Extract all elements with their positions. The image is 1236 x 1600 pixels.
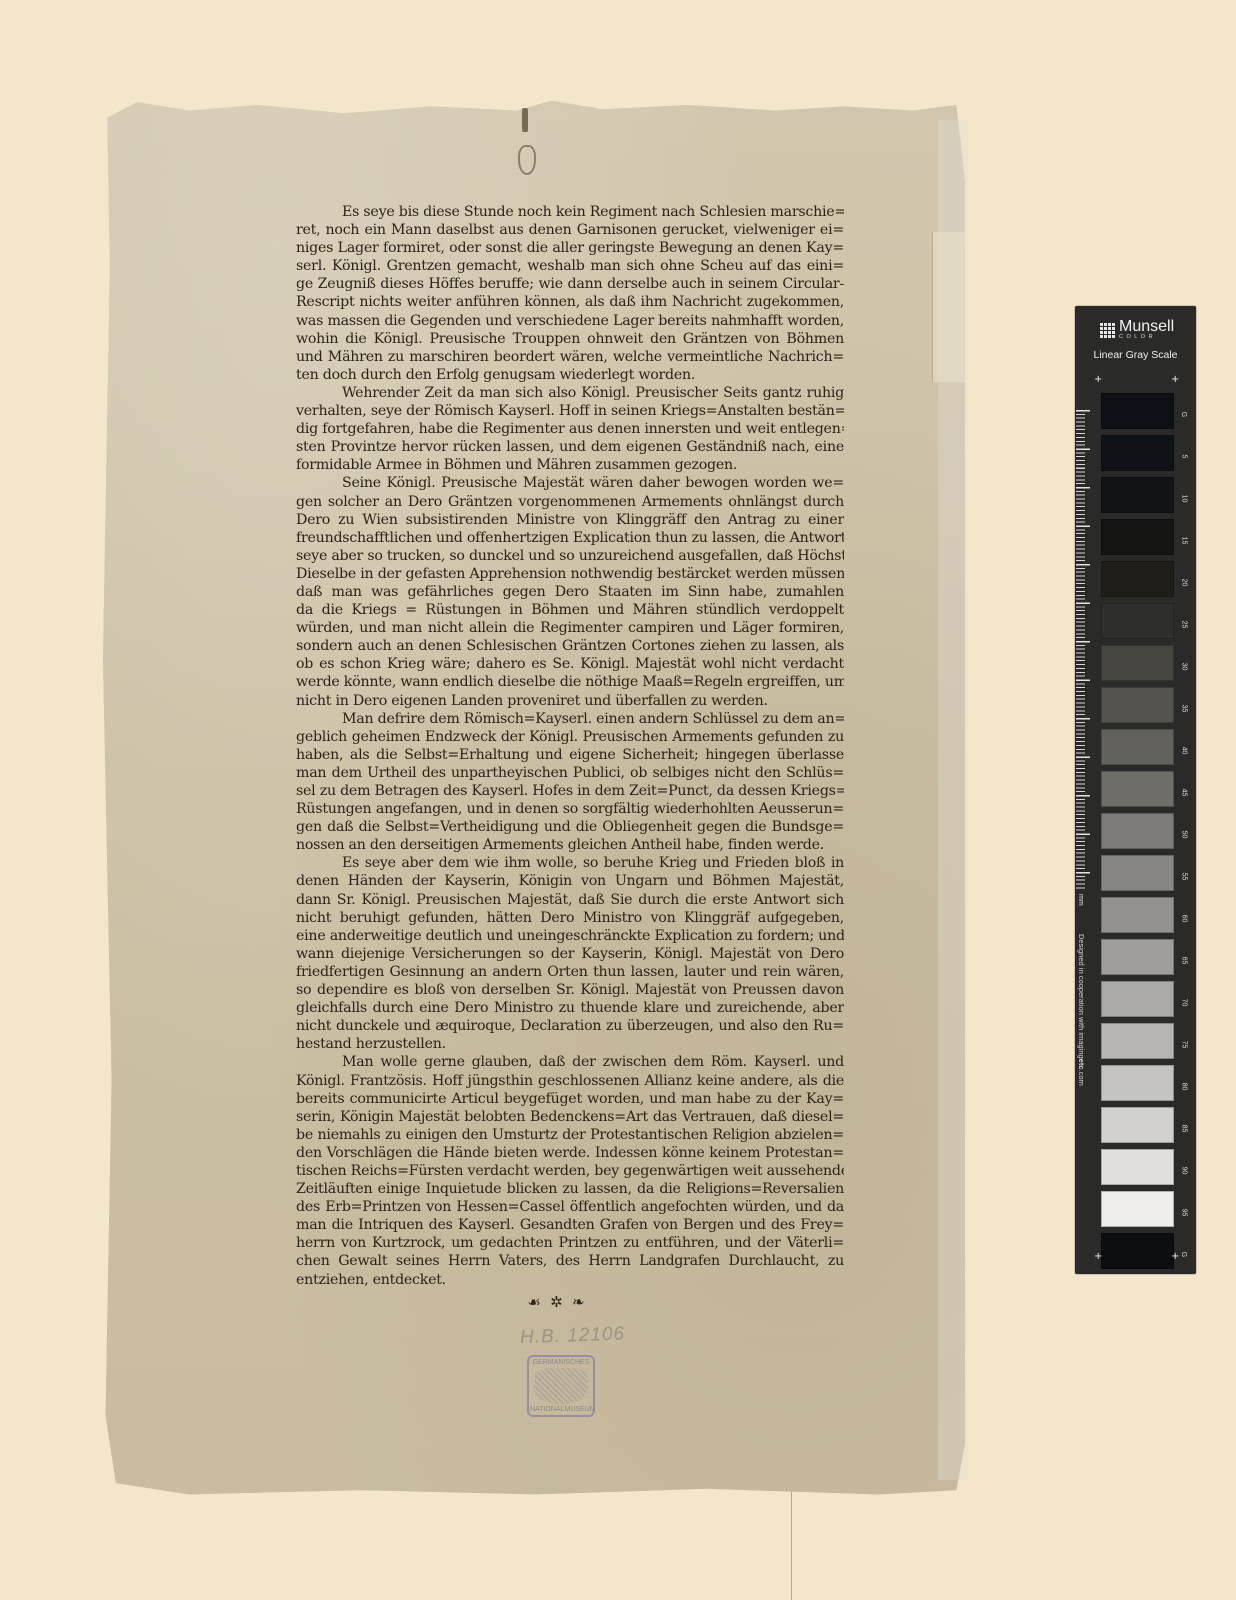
- gray-patch: [1101, 435, 1174, 471]
- text-line: Man defrire dem Römisch=Kayserl. einen a…: [296, 710, 844, 728]
- card-title: Linear Gray Scale: [1075, 349, 1196, 361]
- gray-patch: [1101, 729, 1174, 765]
- text-line: friedfertigen Gesinnung an andern Orten …: [296, 963, 844, 981]
- shelfmark-handwritten: H.B. 12106: [520, 1323, 641, 1349]
- text-line: denen Händen der Kayserin, Königin von U…: [296, 872, 844, 890]
- printer-vignette-ornament: ☙ ✲ ❧: [512, 1293, 602, 1311]
- registration-mark-icon: +: [1094, 1252, 1102, 1262]
- gray-patch-label: 20: [1177, 561, 1191, 603]
- gray-patch-label: 90: [1177, 1149, 1191, 1191]
- gray-patch: [1101, 519, 1174, 555]
- text-line: man die Intriquen des Kayserl. Gesandten…: [296, 1216, 844, 1234]
- text-line: des Erb=Printzen von Hessen=Cassel öffen…: [296, 1198, 844, 1216]
- gray-patch: [1101, 981, 1174, 1017]
- text-line: den Vorschlägen die Hände bieten werde. …: [296, 1144, 844, 1162]
- mm-ruler-major-ticks: [1076, 410, 1090, 890]
- text-line: verhalten, seye der Römisch Kayserl. Hof…: [296, 402, 844, 420]
- gray-patch-label: 95: [1177, 1191, 1191, 1233]
- text-line: da die Kriegs = Rüstungen in Böhmen und …: [296, 601, 844, 619]
- gray-patch: [1101, 477, 1174, 513]
- text-line: nicht in Dero eigenen Landen proveniret …: [296, 692, 844, 710]
- text-line: serl. Königl. Grentzen gemacht, weshalb …: [296, 257, 844, 275]
- gray-patch: [1101, 855, 1174, 891]
- gray-patch-label: 10: [1177, 477, 1191, 519]
- text-line: eine anderweitige deutlich und uneingesc…: [296, 927, 844, 945]
- gray-patch-label: 70: [1177, 981, 1191, 1023]
- gray-patch-label: 35: [1177, 687, 1191, 729]
- stamp-bottom-text: NATIONALMUSEUM: [530, 1406, 592, 1413]
- text-line: tischen Reichs=Fürsten verdacht werden, …: [296, 1162, 844, 1180]
- gray-patch: [1101, 393, 1174, 429]
- text-line: Seine Königl. Preusische Majestät wären …: [296, 474, 844, 492]
- text-line: werde könnte, wann endlich dieselbe die …: [296, 673, 844, 691]
- gray-patch: [1101, 1149, 1174, 1185]
- paper-hole-mark: [518, 145, 536, 175]
- text-line: nossen an den derseitigen Armements glei…: [296, 836, 844, 854]
- text-line: Es seye bis diese Stunde noch kein Regim…: [296, 203, 844, 221]
- eagle-emblem-icon: [534, 1368, 588, 1404]
- text-line: sten Provintze hervor rücken lassen, und…: [296, 438, 844, 456]
- text-line: daß man was gefährliches gegen Dero Staa…: [296, 583, 844, 601]
- gray-patch: [1101, 813, 1174, 849]
- gray-patch: [1101, 1023, 1174, 1059]
- registration-mark-icon: +: [1094, 375, 1102, 385]
- gray-patch-label: 55: [1177, 855, 1191, 897]
- text-line: dann Sr. Königl. Preusischen Majestät, d…: [296, 891, 844, 909]
- library-stamp: GERMANISCHES NATIONALMUSEUM: [527, 1355, 595, 1417]
- text-line: haben, als die Selbst=Erhaltung und eige…: [296, 746, 844, 764]
- text-line: Rescript nichts weiter anführen können, …: [296, 293, 844, 311]
- text-line: Königl. Frantzösis. Hoff jüngsthin gesch…: [296, 1072, 844, 1090]
- gray-patch: [1101, 771, 1174, 807]
- text-line: seye aber so trucken, so dunckel und so …: [296, 547, 844, 565]
- gray-patch-labels: G5101520253035404550556065707580859095G: [1177, 393, 1191, 1275]
- text-line: niges Lager formiret, oder sonst die all…: [296, 239, 844, 257]
- gray-patch-label: 25: [1177, 603, 1191, 645]
- registration-mark-icon: +: [1171, 1252, 1179, 1262]
- gray-patch-label: 30: [1177, 645, 1191, 687]
- gray-patch: [1101, 603, 1174, 639]
- gray-patch-label: 50: [1177, 813, 1191, 855]
- gray-patch-label: 45: [1177, 771, 1191, 813]
- gray-patch: [1101, 1107, 1174, 1143]
- gray-patch-label: 75: [1177, 1023, 1191, 1065]
- gray-patch-label: 85: [1177, 1107, 1191, 1149]
- text-line: be niemahls zu einigen den Umsturtz der …: [296, 1126, 844, 1144]
- text-line: Es seye aber dem wie ihm wolle, so beruh…: [296, 854, 844, 872]
- text-line: gen solcher an Dero Gräntzen vorgenommen…: [296, 493, 844, 511]
- gray-patch-label: 40: [1177, 729, 1191, 771]
- gray-patch-label: 65: [1177, 939, 1191, 981]
- text-line: Wehrender Zeit da man sich also Königl. …: [296, 384, 844, 402]
- text-line: serin, Königin Majestät belobten Bedenck…: [296, 1108, 844, 1126]
- paper-paste-strip: [932, 232, 969, 382]
- document-text: Es seye bis diese Stunde noch kein Regim…: [296, 203, 844, 1289]
- munsell-logo: Munsell COLOR: [1099, 320, 1174, 341]
- text-line: ret, noch ein Mann daselbst aus denen Ga…: [296, 221, 844, 239]
- gray-patch: [1101, 897, 1174, 933]
- gray-patch-label: 80: [1177, 1065, 1191, 1107]
- board-crease-line: [791, 1480, 792, 1600]
- text-line: nicht beruhigt gefunden, hätten Dero Min…: [296, 909, 844, 927]
- gray-patches: [1101, 393, 1174, 1275]
- gray-patch-label: 5: [1177, 435, 1191, 477]
- text-line: würden, und man nicht allein die Regimen…: [296, 619, 844, 637]
- brand-name: Munsell: [1119, 320, 1174, 334]
- gray-patch: [1101, 1233, 1174, 1269]
- text-line: was massen die Gegenden und verschiedene…: [296, 312, 844, 330]
- gray-patch: [1101, 645, 1174, 681]
- text-line: wohin die Königl. Preusische Trouppen oh…: [296, 330, 844, 348]
- gray-patch: [1101, 1065, 1174, 1101]
- gray-patch: [1101, 1191, 1174, 1227]
- text-line: sel zu dem Betragen des Kayserl. Hofes i…: [296, 782, 844, 800]
- munsell-gray-scale-card: Munsell COLOR Linear Gray Scale + + mm D…: [1075, 306, 1196, 1274]
- text-line: gen daß die Selbst=Vertheidigung und die…: [296, 818, 844, 836]
- text-line: man dem Urtheil des unpartheyischen Publ…: [296, 764, 844, 782]
- text-line: Dero zu Wien subsistirenden Ministre von…: [296, 511, 844, 529]
- text-line: Rüstungen angefangen, und in denen so so…: [296, 800, 844, 818]
- text-line: gleichfalls durch eine Dero Ministro zu …: [296, 999, 844, 1017]
- text-line: hestand herzustellen.: [296, 1035, 844, 1053]
- text-line: Zeitläuften einige Inquietude blicken zu…: [296, 1180, 844, 1198]
- gray-patch: [1101, 687, 1174, 723]
- gray-patch-label: 60: [1177, 897, 1191, 939]
- registration-mark-icon: +: [1171, 375, 1179, 385]
- text-line: bereits communicirte Articul beygefüget …: [296, 1090, 844, 1108]
- text-line: dig fortgefahren, habe die Regimenter au…: [296, 420, 844, 438]
- ruler-unit-label: mm: [1077, 894, 1084, 906]
- gray-patch-label: G: [1177, 393, 1191, 435]
- munsell-grid-icon: [1099, 323, 1115, 339]
- gray-patch: [1101, 939, 1174, 975]
- text-line: ten doch durch den Erfolg genugsam wiede…: [296, 366, 844, 384]
- text-line: chen Gewalt seines Herrn Vaters, des Her…: [296, 1252, 844, 1270]
- text-line: so dependire es bloß von derselben Sr. K…: [296, 981, 844, 999]
- credit-text: Designed in cooperation with imagingetc.…: [1077, 934, 1086, 1086]
- gray-patch: [1101, 561, 1174, 597]
- text-line: herrn von Kurtzrock, um gedachten Printz…: [296, 1234, 844, 1252]
- brand-sub: COLOR: [1119, 334, 1174, 341]
- text-line: Dieselbe in der gefasten Apprehension no…: [296, 565, 844, 583]
- text-line: ge Zeugniß dieses Höffes beruffe; wie da…: [296, 275, 844, 293]
- stamp-top-text: GERMANISCHES: [530, 1359, 592, 1366]
- text-line: entziehen, entdecket.: [296, 1271, 844, 1289]
- text-line: sondern auch an denen Schlesischen Gränt…: [296, 637, 844, 655]
- paper-tear-notch: [522, 108, 528, 132]
- text-line: wann diejenige Versicherungen so der Kay…: [296, 945, 844, 963]
- text-line: Man wolle gerne glauben, daß der zwische…: [296, 1053, 844, 1071]
- gray-patch-label: 15: [1177, 519, 1191, 561]
- text-line: und Mähren zu marschiren beordert wären,…: [296, 348, 844, 366]
- text-line: nicht dunckele und æquiroque, Declaratio…: [296, 1017, 844, 1035]
- text-line: formidable Armee in Böhmen und Mähren zu…: [296, 456, 844, 474]
- text-line: freundschafftlichen und offenhertzigen E…: [296, 529, 844, 547]
- text-line: geblich geheimen Endzweck der Königl. Pr…: [296, 728, 844, 746]
- text-line: ob es schon Krieg wäre; dahero es Se. Kö…: [296, 655, 844, 673]
